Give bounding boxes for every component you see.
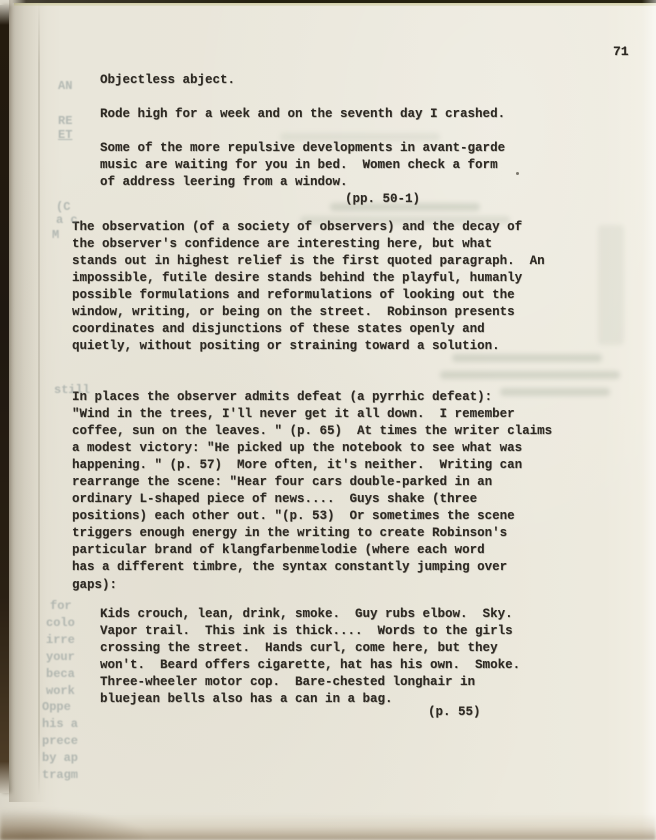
- page-crease-line: [38, 0, 40, 796]
- stray-ink-dot: [516, 172, 519, 175]
- ghost-text: prece: [42, 734, 78, 748]
- paragraph-2: In places the observer admits defeat (a …: [72, 389, 552, 594]
- scan-bottom-corner: [0, 808, 150, 840]
- quote-2-citation: (p. 55): [428, 704, 481, 721]
- ghost-text: beca: [46, 667, 75, 681]
- ghost-text: colo: [46, 616, 75, 630]
- ghost-text: AN: [58, 79, 72, 93]
- ghost-text: M: [52, 228, 59, 242]
- quote-1-citation: (pp. 50-1): [345, 191, 420, 208]
- ghost-text: (C: [56, 200, 70, 214]
- block-quote-2: Kids crouch, lean, drink, smoke. Guy rub…: [100, 606, 520, 708]
- ghost-text: RE: [58, 114, 72, 128]
- bleedthrough-smudge: [598, 225, 624, 345]
- ghost-text: irre: [46, 633, 75, 647]
- book-spine-shadow: [0, 5, 9, 793]
- scan-top-tint: [14, 3, 656, 6]
- ghost-text: tragm: [42, 768, 78, 782]
- ghost-text: by ap: [42, 751, 78, 765]
- ghost-text: your: [46, 650, 75, 664]
- block-quote-1: Objectless abject. Rode high for a week …: [100, 72, 505, 191]
- bleedthrough-smudge: [440, 371, 620, 379]
- scanned-book-page: 71 Objectless abject. Rode high for a we…: [0, 0, 656, 840]
- paragraph-1: The observation (of a society of observe…: [72, 219, 545, 355]
- ghost-text: for: [50, 599, 72, 613]
- page-right-edge-light: [642, 0, 656, 840]
- ghost-text: his a: [42, 717, 78, 731]
- page-number: 71: [613, 45, 629, 59]
- ghost-text: ET: [58, 128, 72, 142]
- gutter-shadow: [9, 0, 47, 802]
- ghost-text: work: [46, 684, 75, 698]
